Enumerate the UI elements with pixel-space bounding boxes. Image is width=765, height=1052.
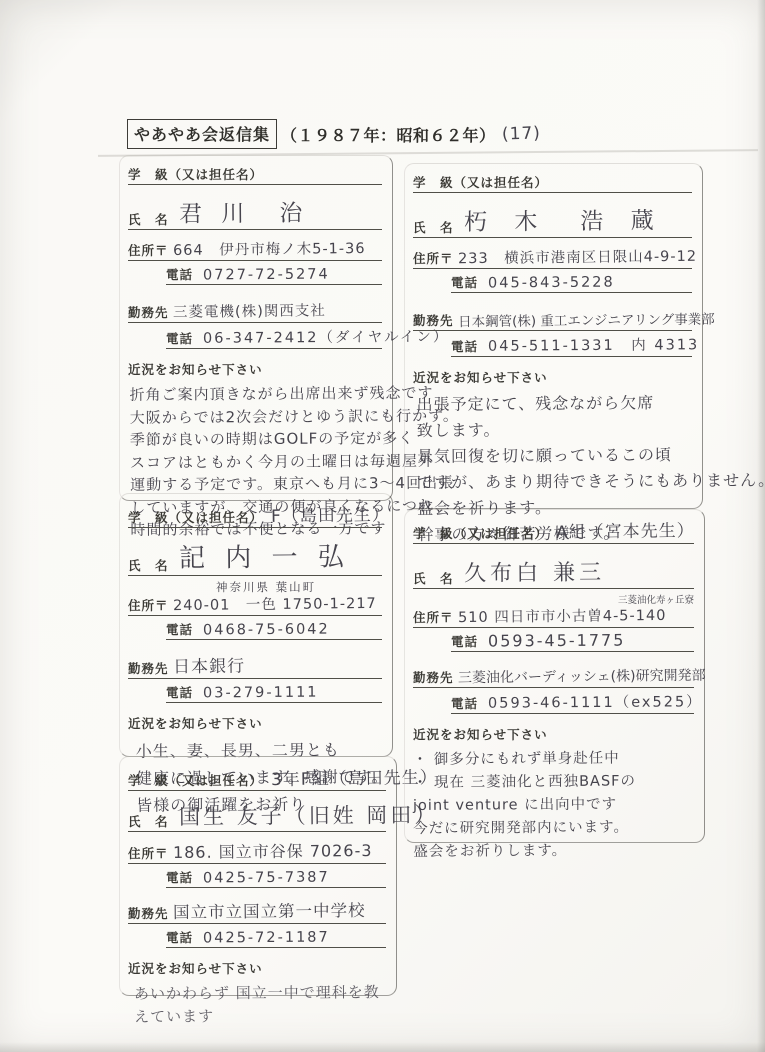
- workplace-field: 勤務先 日本鋼管(株) 重工エンジニアリング事業部: [413, 307, 692, 331]
- name-value: 君 川 治: [178, 194, 308, 228]
- reply-card-kubushiro: 学 級（又は担任名） A組（宮本先生） 氏 名 久布白 兼三 三菱油化寿ヶ丘寮 …: [404, 509, 705, 843]
- address-field: 住所〒 664 伊丹市梅ノ木5-1-36: [128, 237, 382, 261]
- phone-value: 0425-75-7387: [203, 870, 330, 887]
- workplace-value: 日本鋼管(株) 重工エンジニアリング事業部: [457, 308, 714, 331]
- handwritten-line: スコアはともかく今月の土曜日は毎週屋外: [130, 450, 382, 474]
- page-title: やあやあ会返信集: [127, 119, 277, 149]
- class-field: 学 級（又は担任名） 3年F組（島田先生）: [128, 764, 386, 791]
- news-message: あいかわらず 国立一中で理科を教えています: [134, 981, 386, 1029]
- address-value: 240-01 一色 1750-1-217: [172, 592, 376, 615]
- name-field: 氏 名 君 川 治: [128, 194, 382, 230]
- phone-label: 電話: [166, 620, 193, 638]
- workplace-value: 三菱油化バーディッシェ(株)研究開発部: [457, 665, 705, 688]
- handwritten-line: ・ 御多分にもれず単身赴任中: [413, 747, 694, 772]
- workplace-field: 勤務先 三菱油化バーディッシェ(株)研究開発部: [413, 664, 694, 688]
- phone-field: 電話 0593-45-1775: [451, 631, 694, 652]
- handwritten-line: joint venture に出向中です: [413, 793, 694, 818]
- name-label: 氏 名: [128, 210, 169, 228]
- phone-value: 045-843-5228: [488, 275, 615, 292]
- page-number: (17): [501, 123, 541, 144]
- phone-label: 電話: [451, 273, 478, 291]
- phone-label: 電話: [166, 265, 193, 283]
- class-label: 学 級（又は担任名）: [413, 173, 548, 191]
- address-field: 住所〒 186. 国立市谷保 7026-3: [128, 839, 386, 864]
- reply-card-kimikawa: 学 級（又は担任名） 氏 名 君 川 治 住所〒 664 伊丹市梅ノ木5-1-3…: [119, 155, 393, 501]
- name-field: 氏 名 記 内 一 弘: [128, 537, 382, 576]
- work-phone-value: 0425-72-1187: [203, 930, 330, 947]
- address-value: 233 横浜市港南区日限山4-9-12: [457, 245, 696, 269]
- address-value: 186. 国立市谷保 7026-3: [172, 838, 372, 863]
- handwritten-line: あいかわらず 国立一中で理科を教: [134, 981, 386, 1006]
- news-label: 近況をお知らせ下さい: [413, 368, 692, 386]
- address-label: 住所〒: [128, 596, 169, 614]
- work-phone-value: 045-511-1331 内 4313: [488, 333, 699, 355]
- name-value: 久布白 兼三: [463, 555, 604, 587]
- page-header: やあやあ会返信集 （１９８７年：昭和６２年） (17): [127, 119, 540, 149]
- phone-label: 電話: [451, 632, 478, 650]
- phone-field: 電話 0468-75-6042: [166, 619, 382, 640]
- work-phone-value: 03-279-1111: [203, 685, 319, 702]
- workplace-value: 国立市立国立第一中学校: [172, 897, 365, 923]
- scan-edge-shadow: [757, 0, 765, 1052]
- handwritten-line: 出張予定にて、残念ながら欠席: [416, 390, 691, 418]
- address-label: 住所〒: [413, 249, 454, 267]
- handwritten-line: 致します。: [417, 416, 692, 444]
- scan-bottom-shadow: [0, 1042, 765, 1052]
- work-phone-field: 電話 0425-72-1187: [166, 927, 386, 948]
- handwritten-line: 季節が良いの時期はGOLFの予定が多く: [130, 427, 382, 451]
- reply-card-kokubu: 学 級（又は担任名） 3年F組（島田先生） 氏 名 国生 友子（旧姓 岡田） 住…: [119, 756, 397, 996]
- work-phone-field: 電話 0593-46-1111（ex525）: [451, 691, 694, 714]
- address-label: 住所〒: [413, 608, 454, 626]
- workplace-label: 勤務先: [413, 311, 454, 329]
- handwritten-line: ですが、あまり期待できそうにもありません。: [417, 468, 692, 496]
- phone-field: 電話 0425-75-7387: [166, 867, 386, 888]
- class-label: 学 級（又は担任名）: [128, 508, 263, 526]
- workplace-field: 勤務先 国立市立国立第一中学校: [128, 898, 386, 924]
- name-field: 氏 名 朽 木 浩 蔵: [413, 202, 692, 238]
- reply-card-kuchiki: 学 級（又は担任名） 氏 名 朽 木 浩 蔵 住所〒 233 横浜市港南区日限山…: [404, 163, 703, 509]
- handwritten-line: 景気回復を切に願っているこの頃: [417, 442, 692, 470]
- scanned-page: やあやあ会返信集 （１９８７年：昭和６２年） (17) 学 級（又は担任名） 氏…: [0, 0, 765, 1052]
- work-phone-value: 0593-46-1111（ex525）: [488, 690, 703, 712]
- handwritten-line: ・ 現在 三菱油化と西独BASFの: [413, 770, 694, 795]
- name-value: 国生 友子（旧姓 岡田）: [178, 799, 438, 831]
- handwritten-line: 今だに研究開発部内にいます。: [413, 816, 694, 841]
- phone-field: 電話 045-843-5228: [451, 272, 692, 293]
- workplace-value: 三菱電機(株)関西支社: [172, 299, 325, 322]
- workplace-field: 勤務先 三菱電機(株)関西支社: [128, 299, 382, 323]
- handwritten-line: えています: [134, 1004, 386, 1029]
- class-field: 学 級（又は担任名） A組（宮本先生）: [413, 517, 694, 544]
- name-label: 氏 名: [413, 218, 454, 236]
- address-label: 住所〒: [128, 844, 169, 862]
- name-field: 氏 名 国生 友子（旧姓 岡田）: [128, 800, 386, 832]
- class-label: 学 級（又は担任名）: [413, 524, 548, 542]
- phone-label: 電話: [166, 329, 193, 347]
- workplace-label: 勤務先: [128, 303, 169, 321]
- address-label: 住所〒: [128, 241, 169, 259]
- class-value: F（島田先生）: [271, 500, 390, 527]
- handwritten-line: 盛会をお祈りします。: [413, 839, 694, 864]
- phone-label: 電話: [166, 683, 193, 701]
- work-phone-field: 電話 045-511-1331 内 4313: [451, 334, 692, 357]
- name-label: 氏 名: [413, 569, 454, 587]
- address-field: 住所〒 233 横浜市港南区日限山4-9-12: [413, 245, 692, 269]
- work-phone-field: 電話 06-347-2412（ダイヤルイン）: [166, 326, 382, 349]
- page-title-year: （１９８７年：昭和６２年）: [281, 123, 496, 146]
- address-value: 510 四日市市小古曽4-5-140: [457, 604, 666, 627]
- address-field: 三菱油化寿ヶ丘寮 住所〒 510 四日市市小古曽4-5-140: [413, 604, 694, 628]
- news-label: 近況をお知らせ下さい: [128, 714, 382, 732]
- phone-label: 電話: [451, 337, 478, 355]
- workplace-label: 勤務先: [413, 668, 454, 686]
- class-field: 学 級（又は担任名） F（島田先生）: [128, 501, 382, 528]
- class-label: 学 級（又は担任名）: [128, 771, 263, 789]
- phone-label: 電話: [451, 694, 478, 712]
- name-label: 氏 名: [128, 556, 169, 574]
- name-field: 氏 名 久布白 兼三: [413, 553, 694, 589]
- phone-field: 電話 0727-72-5274: [166, 264, 382, 285]
- class-field: 学 級（又は担任名）: [413, 171, 692, 193]
- workplace-label: 勤務先: [128, 904, 169, 922]
- workplace-label: 勤務先: [128, 659, 169, 677]
- phone-label: 電話: [166, 868, 193, 886]
- phone-value: 0727-72-5274: [203, 267, 330, 284]
- workplace-field: 勤務先 日本銀行: [128, 652, 382, 679]
- class-label: 学 級（又は担任名）: [128, 165, 263, 183]
- phone-value: 0593-45-1775: [488, 631, 625, 651]
- name-value: 朽 木 浩 蔵: [463, 202, 663, 237]
- reply-card-kiuchi: 学 級（又は担任名） F（島田先生） 氏 名 記 内 一 弘 神奈川県 葉山町 …: [119, 493, 393, 757]
- name-value: 記 内 一 弘: [178, 536, 349, 574]
- news-label: 近況をお知らせ下さい: [413, 725, 694, 743]
- address-field: 神奈川県 葉山町 住所〒 240-01 一色 1750-1-217: [128, 592, 382, 616]
- class-field: 学 級（又は担任名）: [128, 163, 382, 185]
- news-label: 近況をお知らせ下さい: [128, 360, 382, 378]
- name-label: 氏 名: [128, 812, 169, 830]
- news-label: 近況をお知らせ下さい: [128, 959, 386, 977]
- workplace-value: 日本銀行: [172, 652, 244, 678]
- address-value: 664 伊丹市梅ノ木5-1-36: [172, 237, 365, 260]
- work-phone-field: 電話 03-279-1111: [166, 682, 382, 703]
- class-value: A組（宮本先生）: [556, 516, 695, 543]
- phone-label: 電話: [166, 928, 193, 946]
- news-message: ・ 御多分にもれず単身赴任中・ 現在 三菱油化と西独BASFのjoint ven…: [413, 747, 695, 864]
- handwritten-line: 大阪からでは2次会だけとゆう訳にも行かず。: [130, 405, 382, 429]
- handwritten-line: 折角ご案内頂きながら出席出来ず残念です: [129, 382, 381, 406]
- phone-value: 0468-75-6042: [203, 622, 330, 639]
